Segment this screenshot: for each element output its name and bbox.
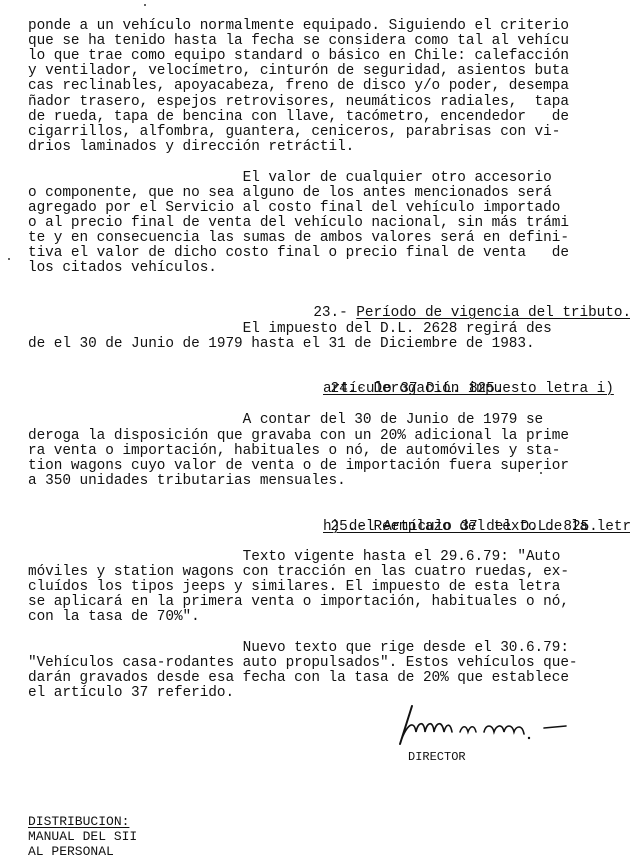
document-page: ponde a un vehículo normalmente equipado… [0,0,630,867]
section-title-continued: artículo 37 D.L. 825. [323,382,503,397]
text-line: de rueda, tapa de bencina con llave, tac… [28,110,569,125]
scan-speck [8,258,10,260]
distribution-item: MANUAL DEL SII [28,830,137,844]
text-line: de el 30 de Junio de 1979 hasta el 31 de… [28,337,535,352]
text-line: ponde a un vehículo normalmente equipado… [28,19,569,34]
text-line: con la tasa de 70%". [28,610,200,625]
text-line: deroga la disposición que gravaba con un… [28,429,569,444]
text-line: el artículo 37 referido. [28,686,234,701]
scan-speck [540,472,542,474]
text-line: cas reclinables, apoyacabeza, freno de d… [28,79,569,94]
text-line: Texto vigente hasta el 29.6.79: "Auto [28,550,560,565]
text-line: "Vehículos casa-rodantes auto propulsado… [28,656,578,671]
scan-speck [144,4,146,6]
text-line: drios laminados y dirección retráctil. [28,140,354,155]
section-title-continued: h) del Artículo 37 del D.L. 825. [323,520,598,535]
text-line: a 350 unidades tributarias mensuales. [28,474,346,489]
signatory-title: DIRECTOR [408,750,466,764]
text-line: lo que trae como equipo standard o básic… [28,49,569,64]
text-line: agregado por el Servicio al costo final … [28,201,560,216]
text-line: los citados vehículos. [28,261,217,276]
text-line: o componente, que no sea alguno de los a… [28,186,552,201]
section-heading-23: 23.- Período de vigencia del tributo. [279,291,630,306]
text-line: A contar del 30 de Junio de 1979 se [28,413,543,428]
text-line: tiva el valor de dicho costo final o pre… [28,246,569,261]
text-line: ñador trasero, espejos retrovisores, neu… [28,95,569,110]
text-line: te y en consecuencia las sumas de ambos … [28,231,569,246]
signature-scribble-icon [398,702,578,748]
distribution-item: AL PERSONAL [28,845,114,859]
handwritten-signature [398,702,578,748]
section-number: 23.- [313,305,347,321]
distribution-heading: DISTRIBUCION: [28,815,129,829]
text-line: o al precio final de venta del vehículo … [28,216,569,231]
text-line: se aplicará en la primera venta o import… [28,595,569,610]
section-heading-line: 25.- Reemplazo del texto de la letra [279,505,630,520]
text-line: móviles y station wagons con tracción en… [28,565,569,580]
text-line: ra venta o importación, habituales o nó,… [28,444,560,459]
text-line: Nuevo texto que rige desde el 30.6.79: [28,641,569,656]
text-line: cluídos los tipos jeeps y similares. El … [28,580,560,595]
text-line: darán gravados desde esa fecha con la ta… [28,671,569,686]
text-line: y ventilador, velocímetro, cinturón de s… [28,64,569,79]
section-title: Período de vigencia del tributo. [356,305,630,321]
text-line: El valor de cualquier otro accesorio [28,171,552,186]
text-line: que se ha tenido hasta la fecha se consi… [28,34,569,49]
text-line: tion wagons cuyo valor de venta o de imp… [28,459,569,474]
section-heading-line: 24.- Derogación impuesto letra i) [279,367,614,382]
text-line: El impuesto del D.L. 2628 regirá des [28,322,552,337]
text-line: cigarrillos, alfombra, guantera, cenicer… [28,125,560,140]
